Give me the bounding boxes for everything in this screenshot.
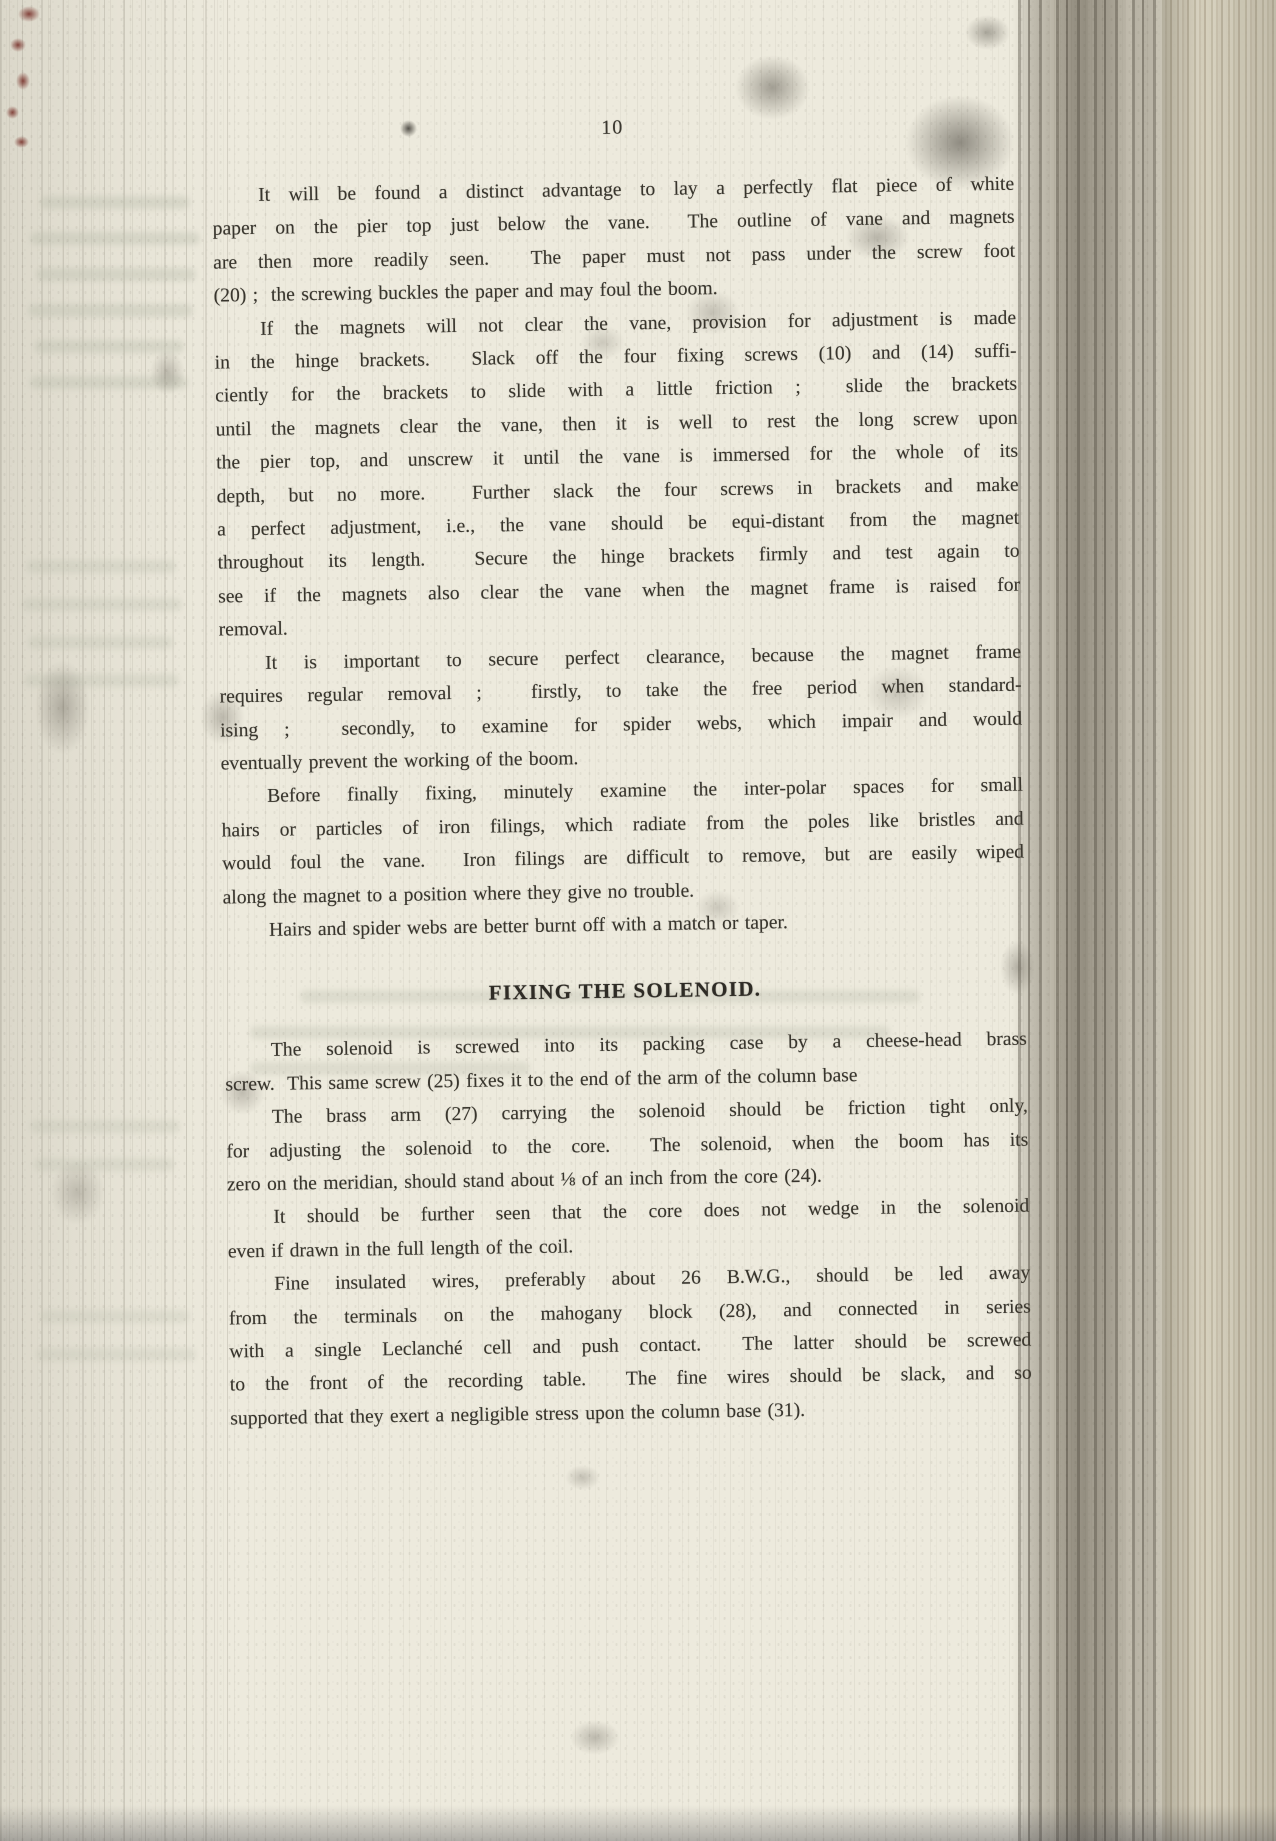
red-stain-mark — [6, 106, 19, 119]
paragraph: It should be further seen that the core … — [227, 1190, 1030, 1269]
bottom-left-tint — [0, 1751, 170, 1841]
paragraph: It is important to secure perfect cleara… — [219, 635, 1023, 781]
bleedthrough-ghost-text — [30, 1120, 180, 1133]
paragraph: It will be found a distinct advantage to… — [212, 168, 1016, 314]
bleedthrough-ghost-text — [28, 304, 193, 317]
red-stain-mark — [18, 6, 40, 22]
red-stain-mark — [14, 136, 29, 148]
red-stain-mark — [16, 72, 30, 90]
bleedthrough-ghost-text — [28, 636, 173, 649]
bleedthrough-ghost-text — [36, 268, 196, 281]
bleedthrough-ghost-text — [24, 674, 179, 687]
bleedthrough-ghost-text — [40, 196, 190, 209]
bleedthrough-ghost-text — [34, 340, 184, 353]
page-edge-fibers — [1162, 0, 1276, 1841]
section-heading: FIXING THE SOLENOID. — [224, 973, 1026, 1010]
paragraph: The solenoid is screwed into its packing… — [225, 1023, 1028, 1102]
left-margin-streaks — [0, 0, 230, 1841]
text-column: 10 It will be found a distinct advantage… — [211, 111, 1032, 1436]
paragraph: Before finally fixing, minutely examine … — [221, 769, 1025, 915]
bleedthrough-ghost-text — [40, 1310, 190, 1323]
paragraph: If the magnets will not clear the vane, … — [214, 301, 1021, 647]
scanned-book-page: 10 It will be found a distinct advantage… — [0, 0, 1276, 1841]
paragraph: The brass arm (27) carrying the solenoid… — [226, 1090, 1029, 1202]
bleedthrough-ghost-text — [22, 598, 182, 611]
page-number: 10 — [211, 111, 1013, 146]
bleedthrough-ghost-text — [34, 1158, 174, 1171]
bleedthrough-ghost-text — [30, 232, 200, 245]
bottom-edge-shadow — [0, 1805, 1276, 1841]
binding-gutter-shadow — [1012, 0, 1162, 1841]
bleedthrough-ghost-text — [26, 560, 176, 573]
paragraph: Fine insulated wires, preferably about 2… — [228, 1257, 1032, 1436]
red-stain-mark — [10, 38, 26, 52]
bleedthrough-ghost-text — [36, 1348, 196, 1361]
bleedthrough-ghost-text — [30, 376, 188, 389]
